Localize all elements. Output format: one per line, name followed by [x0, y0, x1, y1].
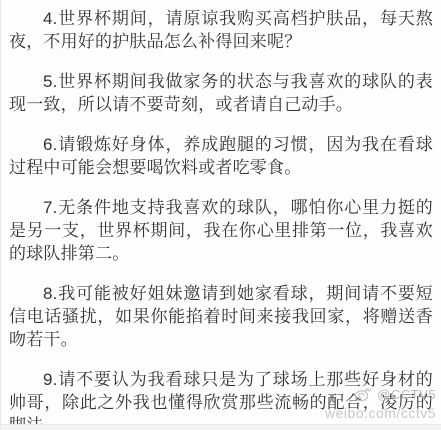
weibo-watermark: @CCTV5 weibo.com/cctv5 — [325, 387, 436, 421]
watermark-url: weibo.com/cctv5 — [325, 405, 436, 421]
list-item-6: 6.请锻炼好身体，养成跑腿的习惯，因为我在看球过程中可能会想要喝饮料或者吃零食。 — [9, 133, 433, 179]
list-item-5: 5.世界杯期间我做家务的状态与我喜欢的球队的表现一致，所以请不要苛刻，或者请自己… — [9, 70, 433, 116]
list-item-4: 4.世界杯期间，请原谅我购买高档护肤品，每天熬夜，不用好的护肤品怎么补得回来呢？ — [9, 7, 433, 53]
watermark-handle: @CCTV5 — [377, 387, 436, 402]
rules-list: 4.世界杯期间，请原谅我购买高档护肤品，每天熬夜，不用好的护肤品怎么补得回来呢？… — [1, 0, 441, 430]
list-item-8: 8.我可能被好姐妹邀请到她家看球，期间请不要短信电话骚扰，如果你能掐着时间来接我… — [9, 282, 433, 351]
bottom-edge-strip — [1, 424, 441, 430]
list-item-7: 7.无条件地支持我喜欢的球队，哪怕你心里力挺的是另一支，世界杯期间，我在你心里排… — [9, 196, 433, 265]
weibo-image-post: 4.世界杯期间，请原谅我购买高档护肤品，每天熬夜，不用好的护肤品怎么补得回来呢？… — [0, 0, 441, 430]
weibo-logo-icon — [354, 388, 372, 402]
